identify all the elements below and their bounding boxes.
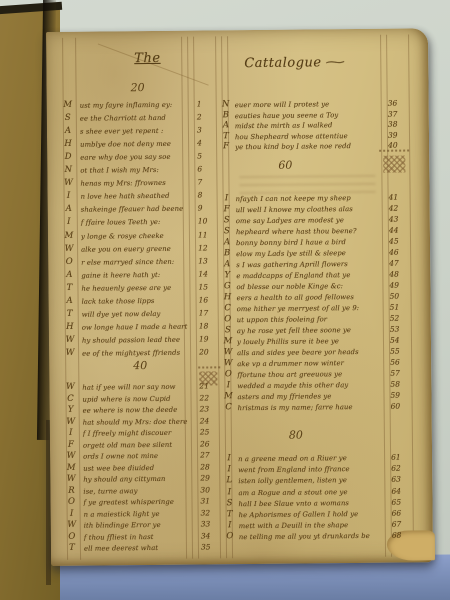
entry-number: 61	[391, 453, 411, 462]
entry-title: am a Rogue and a stout one ye	[238, 487, 388, 496]
entry-initial: I	[222, 464, 236, 474]
entry-initial: I	[222, 487, 236, 497]
photograph-of-manuscript-book: The Cattalogue~ 20 40 60 80 Must my fayr…	[0, 0, 450, 600]
entry-number: 65	[391, 497, 411, 506]
entry-title: ne telling me all you yt drunkards be	[239, 532, 389, 541]
entry-initial: O	[223, 532, 237, 542]
entry-title: hall I bee Slaue vnto a womans	[239, 499, 389, 508]
entry-title: he Aphorismes of Gallen I hold ye	[239, 510, 389, 519]
entry-number: 64	[391, 486, 411, 495]
entry-initial: I	[223, 520, 237, 530]
entry-title: went from England into ffrance	[238, 465, 388, 474]
right-column-entries-61-68: In a greene mead on a Riuer ye61Iwent fr…	[46, 28, 433, 566]
entry-title: n a greene mead on a Riuer ye	[238, 454, 388, 463]
entry-number: 67	[392, 520, 412, 529]
entry-number: 68	[392, 531, 412, 540]
entry-number: 66	[392, 509, 412, 518]
entry-initial: I	[222, 453, 236, 463]
entry-title: isten iolly gentlemen, listen ye	[238, 476, 388, 485]
manuscript-page: The Cattalogue~ 20 40 60 80 Must my fayr…	[46, 28, 433, 566]
entry-number: 62	[391, 464, 411, 473]
catalogue-entry: One telling me all you yt drunkards be68	[223, 531, 415, 545]
entry-number: 63	[391, 475, 411, 484]
entry-initial: S	[222, 498, 236, 508]
entry-initial: L	[222, 476, 236, 486]
entry-initial: T	[223, 509, 237, 519]
entry-title: mett with a Deuill in the shape	[239, 521, 389, 530]
